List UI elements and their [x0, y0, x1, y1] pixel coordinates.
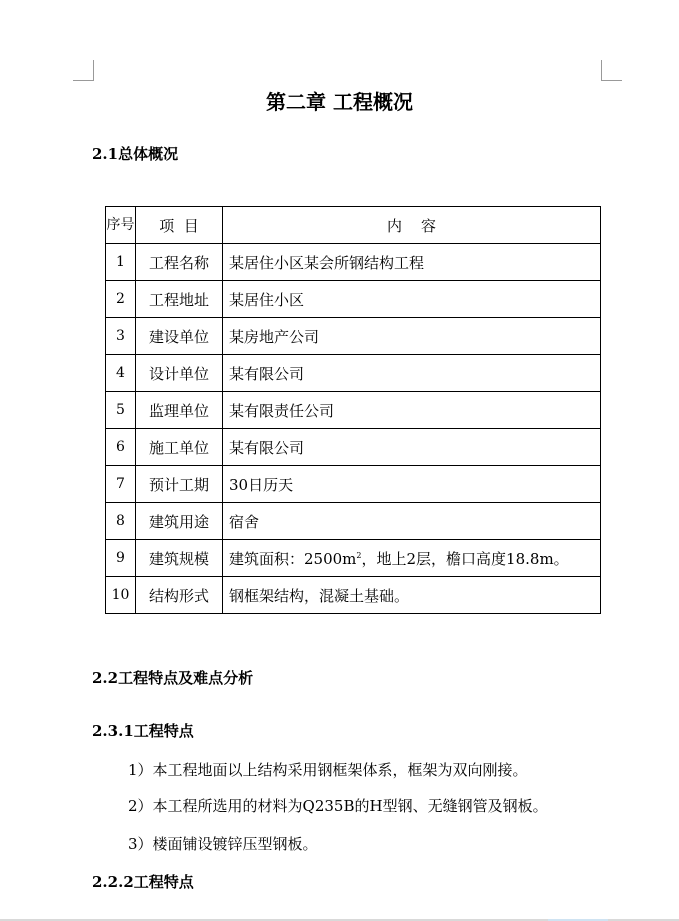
table-header-row: 序号 项 目 内 容 [106, 207, 601, 244]
table-row: 7 预计工期 30日历天 [106, 466, 601, 503]
row-content: 某居住小区 [223, 281, 601, 318]
row-content: 钢框架结构，混凝土基础。 [223, 577, 601, 614]
feature-item-2: 2）本工程所选用的材料为Q235B的H型钢、无缝钢管及钢板。 [128, 795, 548, 816]
table-row: 1 工程名称 某居住小区某会所钢结构工程 [106, 244, 601, 281]
row-item: 工程名称 [136, 244, 223, 281]
row-item: 预计工期 [136, 466, 223, 503]
header-item: 项 目 [136, 207, 223, 244]
row-item: 设计单位 [136, 355, 223, 392]
section-heading-2-2: 2.2工程特点及难点分析 [92, 667, 253, 688]
project-overview-table: 序号 项 目 内 容 1 工程名称 某居住小区某会所钢结构工程 2 工程地址 某… [105, 206, 601, 614]
row-no: 10 [106, 577, 136, 614]
content-text: 建筑面积：2500m [229, 550, 356, 568]
row-no: 2 [106, 281, 136, 318]
row-no: 4 [106, 355, 136, 392]
row-no: 7 [106, 466, 136, 503]
row-content: 某有限公司 [223, 355, 601, 392]
feature-item-3: 3）楼面铺设镀锌压型钢板。 [128, 833, 318, 854]
row-content: 30日历天 [223, 466, 601, 503]
table-row: 10 结构形式 钢框架结构，混凝土基础。 [106, 577, 601, 614]
row-no: 5 [106, 392, 136, 429]
chapter-title: 第二章 工程概况 [0, 86, 679, 115]
row-content: 某有限责任公司 [223, 392, 601, 429]
row-no: 3 [106, 318, 136, 355]
row-item: 建筑规模 [136, 540, 223, 577]
section-heading-2-1: 2.1总体概况 [92, 143, 178, 164]
table-row: 2 工程地址 某居住小区 [106, 281, 601, 318]
table-row: 9 建筑规模 建筑面积：2500m2，地上2层，檐口高度18.8m。 [106, 540, 601, 577]
table-row: 4 设计单位 某有限公司 [106, 355, 601, 392]
page-corner-mark-top-right [601, 60, 622, 81]
section-heading-2-3-1: 2.3.1工程特点 [92, 720, 194, 741]
table-row: 6 施工单位 某有限公司 [106, 429, 601, 466]
row-item: 工程地址 [136, 281, 223, 318]
row-item: 施工单位 [136, 429, 223, 466]
section-heading-2-2-2: 2.2.2工程特点 [92, 871, 194, 892]
row-no: 1 [106, 244, 136, 281]
row-no: 6 [106, 429, 136, 466]
feature-item-1: 1）本工程地面以上结构采用钢框架体系，框架为双向刚接。 [128, 759, 528, 780]
table-row: 3 建设单位 某房地产公司 [106, 318, 601, 355]
row-item: 建设单位 [136, 318, 223, 355]
header-no: 序号 [106, 207, 136, 244]
row-content: 某房地产公司 [223, 318, 601, 355]
page-corner-mark-top-left [73, 60, 94, 81]
row-item: 建筑用途 [136, 503, 223, 540]
content-text: ，地上2层，檐口高度18.8m。 [362, 550, 569, 568]
row-content: 建筑面积：2500m2，地上2层，檐口高度18.8m。 [223, 540, 601, 577]
row-no: 9 [106, 540, 136, 577]
header-content: 内 容 [223, 207, 601, 244]
row-content: 宿舍 [223, 503, 601, 540]
row-no: 8 [106, 503, 136, 540]
row-item: 监理单位 [136, 392, 223, 429]
row-item: 结构形式 [136, 577, 223, 614]
row-content: 某有限公司 [223, 429, 601, 466]
table-row: 5 监理单位 某有限责任公司 [106, 392, 601, 429]
row-content: 某居住小区某会所钢结构工程 [223, 244, 601, 281]
table-row: 8 建筑用途 宿舍 [106, 503, 601, 540]
